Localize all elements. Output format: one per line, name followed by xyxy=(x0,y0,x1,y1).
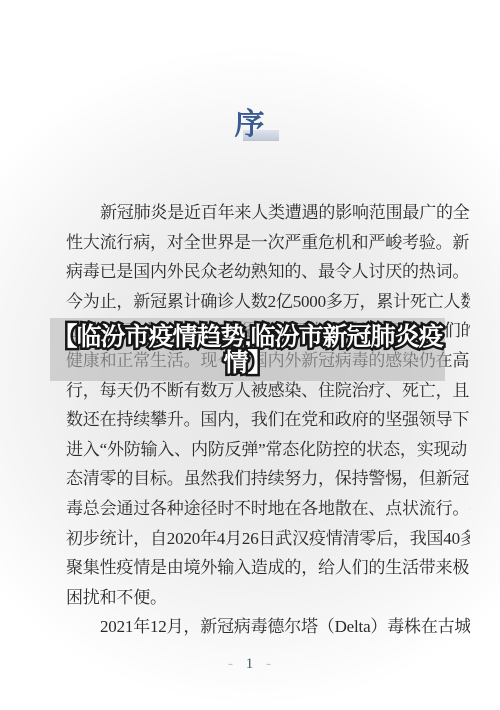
caption-overlay-band: 【临汾市疫情趋势,临汾市新冠肺炎疫 【临汾市疫情趋势,临汾市新冠肺炎疫 情】 情… xyxy=(50,318,445,381)
scanned-page: 序 新冠肺炎是近百年来人类遭遇的影响范围最广的全球 性大流行病，对全世界是一次严… xyxy=(0,0,500,710)
body-line: 性大流行病，对全世界是一次严重危机和严峻考验。新冠 xyxy=(66,228,470,258)
body-line: 今为止，新冠累计确诊人数2亿5000多万，累计死亡人数 xyxy=(66,287,470,317)
body-line: 2021年12月，新冠病毒德尔塔（Delta）毒株在古城 xyxy=(66,612,470,642)
page-title: 序 xyxy=(235,108,266,141)
body-line: 态清零的目标。虽然我们持续努力，保持警惕，但新冠病 xyxy=(66,464,470,494)
body-text: 新冠肺炎是近百年来人类遭遇的影响范围最广的全球 性大流行病，对全世界是一次严重危… xyxy=(66,198,470,642)
body-line: 困扰和不便。 xyxy=(66,583,470,613)
body-line: 毒总会通过各种途径时不时地在各地散在、点状流行。据 xyxy=(66,494,470,524)
footer-dash-right: - xyxy=(259,656,279,672)
page-number: 1 xyxy=(246,656,255,672)
caption-line-1: 【临汾市疫情趋势,临汾市新冠肺炎疫 【临汾市疫情趋势,临汾市新冠肺炎疫 xyxy=(50,324,445,350)
body-line: 聚集性疫情是由境外输入造成的，给人们的生活带来极大 xyxy=(66,553,470,583)
body-line: 新冠肺炎是近百年来人类遭遇的影响范围最广的全球 xyxy=(66,198,470,228)
body-line: 数还在持续攀升。国内，我们在党和政府的坚强领导下， xyxy=(66,405,470,435)
body-line: 初步统计，自2020年4月26日武汉疫情清零后，我国40多起 xyxy=(66,524,470,554)
body-line: 病毒已是国内外民众老幼熟知的、最令人讨厌的热词。迄 xyxy=(66,257,470,287)
page-number-footer: - 1 - xyxy=(0,656,500,673)
caption-line-1-text: 【临汾市疫情趋势,临汾市新冠肺炎疫 xyxy=(53,323,443,351)
body-line: 进入“外防输入、内防反弹”常态化防控的状态，实现动 xyxy=(66,435,470,465)
caption-line-2-text: 情】 xyxy=(223,349,271,377)
footer-dash-left: - xyxy=(221,656,241,672)
page-title-row: 序 xyxy=(0,99,500,143)
caption-line-2: 情】 情】 xyxy=(50,350,445,376)
